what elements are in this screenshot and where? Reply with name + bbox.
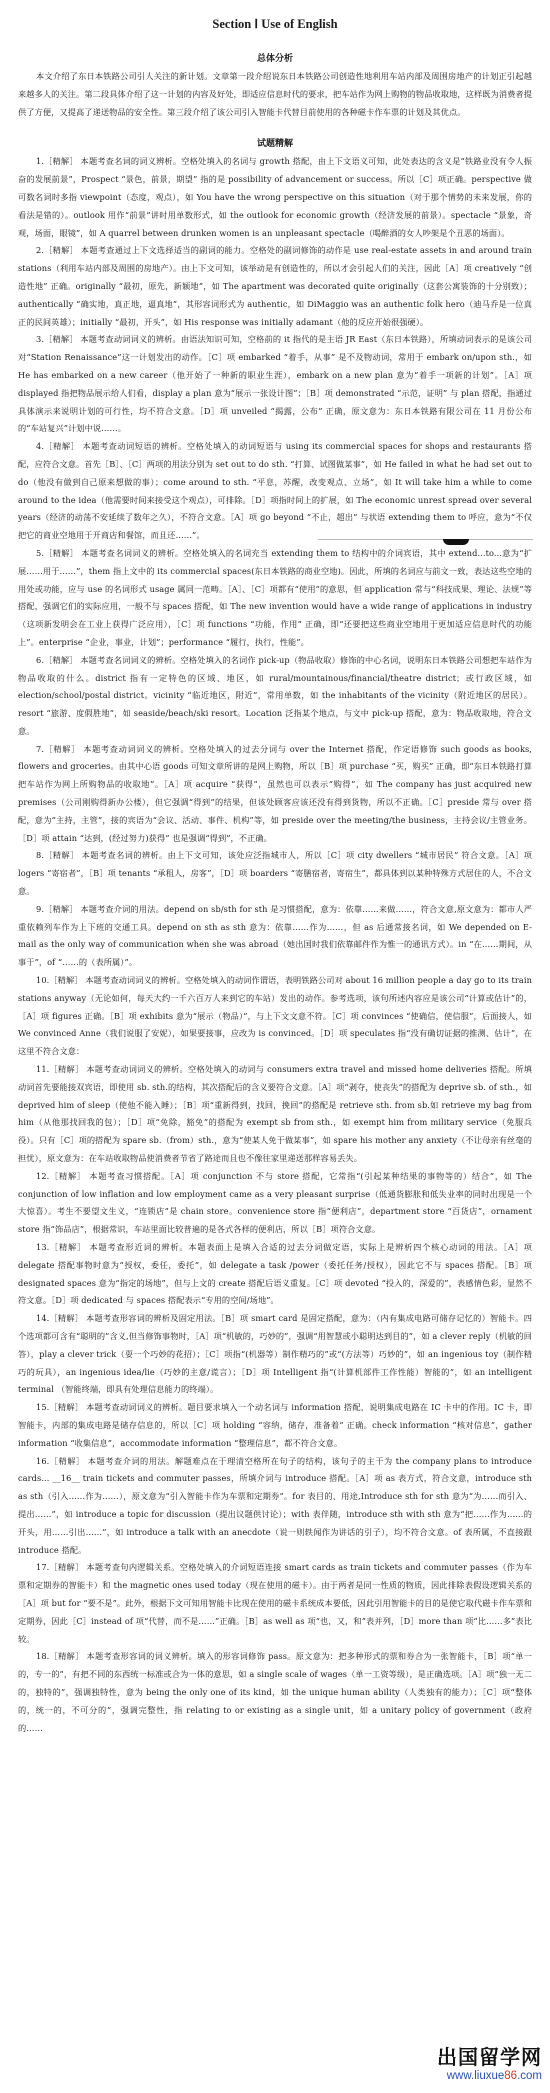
watermark-url-accent: 86 (504, 2070, 517, 2082)
explanation-item-11: 11.［精解］ 本题考查动词词义的辨析。空格处填入的动词与 consumers … (18, 1061, 532, 1168)
explanation-item-4: 4.［精解］ 本题考查动词短语的辨析。空格处填入的动词短语与 using its… (18, 438, 532, 545)
item-text: 本题考查动词词义的辨析。由语法知识可知，空格前的 it 指代的是主语 JR Ea… (18, 334, 532, 433)
explanation-item-6: 6.［精解］ 本题考查名词词义的辨析。空格处填入的名词作 pick-up（物品收… (18, 652, 532, 741)
divider-line (318, 539, 533, 540)
item-label: 10.［精解］ (36, 975, 83, 985)
item-text: 本题考查习惯搭配。［A］项 conjunction 不与 store 搭配，它常… (18, 1171, 532, 1234)
overview-paragraph: 本文介绍了东日本铁路公司引人关注的新计划。文章第一段介绍说东日本铁路公司创造性地… (18, 68, 532, 121)
site-watermark: 出国留学网 www.liuxue86.com (422, 2045, 542, 2089)
item-text: 本题考查句内逻辑关系。空格处填入的介词短语连接 smart cards as t… (18, 1562, 532, 1643)
item-label: 6.［精解］ (36, 655, 78, 665)
item-label: 15.［精解］ (36, 1402, 83, 1412)
explanation-item-8: 8.［精解］ 本题考查名词的辨析。由上下文可知，该处应泛指城市人，所以［C］项 … (18, 847, 532, 900)
explanation-item-13: 13.［精解］ 本题考查形近词的辨析。本题表面上是填入合适的过去分词做定语，实际… (18, 1239, 532, 1310)
item-text: 本题考查动词词义的辨析。空格处填入的过去分词与 over the Interne… (18, 744, 532, 843)
item-text: 本题考查名词词义的辨析。空格处填入的名词作 pick-up（物品收取）修饰的中心… (18, 655, 532, 736)
item-text: 本题考查名词词义的辨析。空格处填入的名词充当 extending them to… (18, 548, 532, 647)
item-text: 本题考查名词的词义辨析。空格处填入的名词与 growth 搭配，由上下文语义可知… (18, 156, 532, 237)
item-label: 8.［精解］ (36, 850, 79, 860)
explanation-item-2: 2.［精解］ 本题考查通过上下文选择适当的副词的能力。空格处的副词修饰的动作是 … (18, 242, 532, 331)
watermark-url: www.liuxue86.com (422, 2069, 542, 2083)
watermark-url-prefix: www.liuxue (447, 2070, 505, 2082)
explanation-item-16: 16.［精解］ 本题考查介词的用法。解题难点在于理清空格所在句子的结构，该句子的… (18, 1453, 532, 1560)
item-label: 13.［精解］ (36, 1242, 86, 1252)
item-label: 2.［精解］ (36, 245, 78, 255)
explanation-item-15: 15.［精解］ 本题考查动词词义的辨析。题目要求填入一个动名词与 informa… (18, 1399, 532, 1452)
section-title: Section Ⅰ Use of English (18, 14, 532, 34)
item-label: 3.［精解］ (36, 334, 78, 344)
explanation-item-17: 17.［精解］ 本题考查句内逻辑关系。空格处填入的介词短语连接 smart ca… (18, 1559, 532, 1648)
watermark-site-name: 出国留学网 (422, 2045, 542, 2069)
explanation-item-12: 12.［精解］ 本题考查习惯搭配。［A］项 conjunction 不与 sto… (18, 1168, 532, 1239)
watermark-url-suffix: .com (517, 2070, 542, 2082)
explanation-item-18: 18.［精解］ 本题考查形容词的词义辨析。填入的形容词修饰 pass。原文意为：… (18, 1648, 532, 1737)
item-text: 本题考查动词短语的辨析。空格处填入的动词短语与 using its commer… (18, 441, 532, 540)
explanation-item-5: 5.［精解］ 本题考查名词词义的辨析。空格处填入的名词充当 extending … (18, 545, 532, 652)
item-label: 11.［精解］ (36, 1064, 83, 1074)
item-text: 本题考查形容词的辨析及固定用法。［B］项 smart card 是固定搭配，意为… (18, 1313, 532, 1394)
explanation-item-14: 14.［精解］ 本题考查形容词的辨析及固定用法。［B］项 smart card … (18, 1310, 532, 1399)
item-label: 17.［精解］ (36, 1562, 83, 1572)
item-text: 本题考查名词的辨析。由上下文可知，该处应泛指城市人，所以［C］项 city dw… (18, 850, 532, 896)
item-text: 本题考查动词词义的辨析。空格处填入的动词与 consumers extra tr… (18, 1064, 532, 1163)
item-text: 本题考查通过上下文选择适当的副词的能力。空格处的副词修饰的动作是 use rea… (18, 245, 532, 326)
explanation-item-10: 10.［精解］ 本题考查动词词义的辨析。空格处填入的动词作谓语，表明铁路公司对 … (18, 972, 532, 1061)
explanation-item-3: 3.［精解］ 本题考查动词词义的辨析。由语法知识可知，空格前的 it 指代的是主… (18, 331, 532, 438)
item-text: 本题考查介词的用法。解题难点在于理清空格所在句子的结构，该句子的主干为 the … (18, 1456, 532, 1555)
item-text: 本题考查介词的用法。depend on sb/sth for sth 是习惯搭配… (18, 904, 532, 967)
item-label: 18.［精解］ (36, 1651, 84, 1661)
explanation-item-7: 7.［精解］ 本题考查动词词义的辨析。空格处填入的过去分词与 over the … (18, 741, 532, 848)
item-label: 4.［精解］ (36, 441, 79, 451)
explanation-item-9: 9.［精解］ 本题考查介词的用法。depend on sb/sth for st… (18, 901, 532, 972)
document-page: Section Ⅰ Use of English 总体分析 本文介绍了东日本铁路… (0, 14, 550, 1737)
item-label: 5.［精解］ (36, 548, 78, 558)
item-text: 本题考查形近词的辨析。本题表面上是填入合适的过去分词做定语，实际上是辨析四个核心… (18, 1242, 532, 1305)
item-label: 14.［精解］ (36, 1313, 83, 1323)
overview-heading: 总体分析 (18, 50, 532, 68)
item-label: 16.［精解］ (36, 1456, 85, 1466)
explanation-item-1: 1.［精解］ 本题考查名词的词义辨析。空格处填入的名词与 growth 搭配，由… (18, 153, 532, 242)
item-text: 本题考查动词词义的辨析。题目要求填入一个动名词与 information 搭配，… (18, 1402, 532, 1448)
item-text: 本题考查动词词义的辨析。空格处填入的动词作谓语，表明铁路公司对 about 16… (18, 975, 532, 1056)
item-text: 本题考查形容词的词义辨析。填入的形容词修饰 pass。原文意为：把多种形式的票和… (18, 1651, 532, 1732)
item-label: 9.［精解］ (36, 904, 78, 914)
explanation-list: 1.［精解］ 本题考查名词的词义辨析。空格处填入的名词与 growth 搭配，由… (18, 153, 532, 1737)
explanation-heading: 试题精解 (18, 135, 532, 153)
item-label: 1.［精解］ (36, 156, 78, 166)
item-label: 12.［精解］ (36, 1171, 86, 1181)
divider-mark (443, 539, 469, 545)
item-label: 7.［精解］ (36, 744, 80, 754)
